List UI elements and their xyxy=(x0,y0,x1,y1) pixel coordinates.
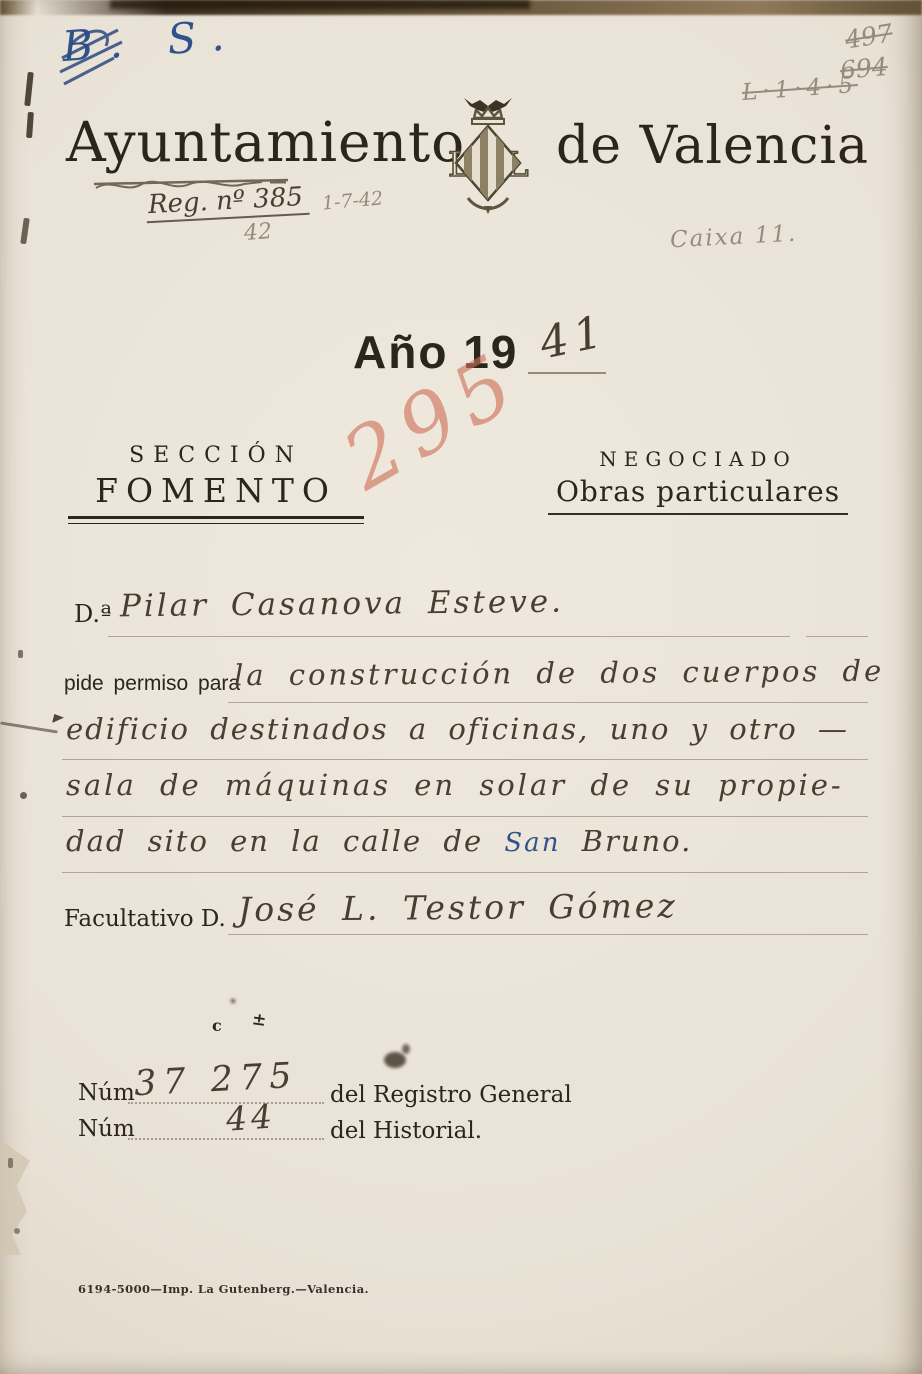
seccion-double-rule xyxy=(68,516,364,524)
negociado-block: NEGOCIADO Obras particulares xyxy=(548,447,848,515)
ink-dot xyxy=(231,999,235,1003)
seccion-block: SECCIÓN FOMENTO xyxy=(68,443,364,524)
facultativo-label: Facultativo D. xyxy=(64,906,226,932)
ink-mark-cross: ± xyxy=(251,1009,268,1031)
edge-speck xyxy=(14,1228,20,1234)
historial-number-handwritten: 44 xyxy=(225,1096,278,1138)
permit-line-4-blue-insert: San xyxy=(504,828,560,858)
applicant-name-handwritten: Pilar Casanova Esteve. xyxy=(120,584,564,625)
form-line xyxy=(806,636,868,637)
permit-line-4-pre: dad sito en la calle de xyxy=(66,824,483,858)
edge-speck xyxy=(18,650,23,658)
permit-line-1-handwritten: la construcción de dos cuerpos de xyxy=(234,654,884,693)
permit-label: pide permiso para xyxy=(64,672,240,696)
seccion-value: FOMENTO xyxy=(68,471,364,510)
torn-left-edge xyxy=(0,1140,30,1255)
applicant-prefix: D.ª xyxy=(74,600,111,628)
staple-hole-mark xyxy=(26,112,34,138)
masthead-title-right: de Valencia xyxy=(556,116,869,176)
form-line xyxy=(228,934,868,935)
permit-line-3-handwritten: sala de máquinas en solar de su propie- xyxy=(66,768,844,802)
historial-rule xyxy=(128,1138,324,1140)
form-line xyxy=(62,759,868,760)
ink-mark-c: c xyxy=(212,1016,222,1035)
ink-smudge xyxy=(384,1052,406,1068)
caixa-pencil-note: Caixa 11. xyxy=(669,221,797,254)
reg-year-pencil: 42 xyxy=(243,219,273,246)
top-right-number-3: L·1·4·5 xyxy=(741,72,859,106)
ink-fleck xyxy=(52,714,64,723)
staple-hole-mark xyxy=(24,72,34,106)
num-label-historial: Núm xyxy=(78,1116,135,1142)
facultativo-name-handwritten: José L. Testor Gómez xyxy=(238,886,678,929)
seccion-label: SECCIÓN xyxy=(68,443,364,468)
negociado-value: Obras particulares xyxy=(548,475,848,508)
permit-line-2-handwritten: edificio destinados a oficinas, uno y ot… xyxy=(66,712,849,746)
valencia-coat-of-arms-icon: L L xyxy=(438,90,538,218)
permit-line-4-handwritten: dad sito en la calle de San Bruno. xyxy=(66,824,692,858)
edge-speck xyxy=(8,1158,13,1168)
reg-date-pencil: 1-7-42 xyxy=(321,187,384,214)
ink-scribble-over-initial xyxy=(56,20,134,92)
registro-suffix: del Registro General xyxy=(330,1082,572,1108)
reg-number-handwritten: Reg. nº 385 xyxy=(145,182,310,223)
form-line xyxy=(228,702,868,703)
top-right-number-1: 497 xyxy=(843,18,895,54)
historial-suffix: del Historial. xyxy=(330,1118,482,1144)
year-rule xyxy=(528,372,606,374)
form-line xyxy=(62,872,868,873)
edge-speck xyxy=(20,792,27,799)
num-label-registro: Núm xyxy=(78,1080,135,1106)
ink-smudge xyxy=(402,1044,410,1054)
form-line xyxy=(62,816,868,817)
form-line xyxy=(108,636,790,637)
year-handwritten: 41 xyxy=(535,305,612,369)
aged-top-edge-dark xyxy=(110,0,530,9)
negociado-rule xyxy=(548,513,848,515)
pencil-stray-line xyxy=(0,721,58,733)
scanned-document-page: B. S. 497 694 L·1·4·5 Ayuntamiento de Va… xyxy=(0,0,922,1374)
negociado-label: NEGOCIADO xyxy=(548,447,848,471)
printer-imprint: 6194-5000—Imp. La Gutenberg.—Valencia. xyxy=(78,1282,369,1296)
permit-line-4-post: Bruno. xyxy=(582,824,693,858)
staple-hole-mark xyxy=(20,218,30,245)
masthead-title-left: Ayuntamiento xyxy=(66,110,465,174)
